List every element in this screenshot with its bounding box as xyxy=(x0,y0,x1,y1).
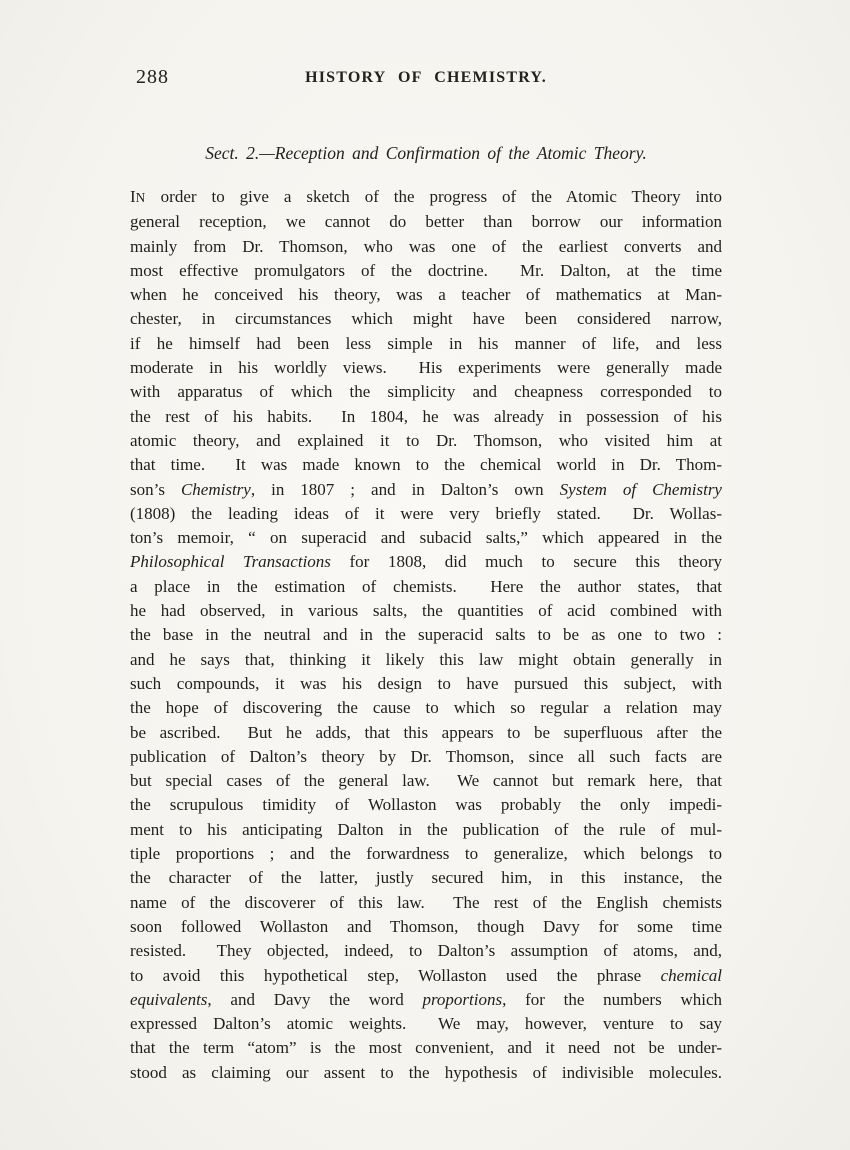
text-line: resisted. They objected, indeed, to Dalt… xyxy=(130,939,722,963)
text-line: general reception, we cannot do better t… xyxy=(130,210,722,234)
text-line: he had observed, in various salts, the q… xyxy=(130,599,722,623)
text-line: son’s Chemistry, in 1807 ; and in Dalton… xyxy=(130,478,722,502)
text-line: the base in the neutral and in the super… xyxy=(130,623,722,647)
text-line: expressed Dalton’s atomic weights. We ma… xyxy=(130,1012,722,1036)
text-line: moderate in his worldly views. His exper… xyxy=(130,356,722,380)
text-line: and he says that, thinking it likely thi… xyxy=(130,648,722,672)
text-line: (1808) the leading ideas of it were very… xyxy=(130,502,722,526)
text-line: tiple proportions ; and the forwardness … xyxy=(130,842,722,866)
text-line: that time. It was made known to the chem… xyxy=(130,453,722,477)
text-line: name of the discoverer of this law. The … xyxy=(130,891,722,915)
text-line: atomic theory, and explained it to Dr. T… xyxy=(130,429,722,453)
text-line: the rest of his habits. In 1804, he was … xyxy=(130,405,722,429)
text-line: mainly from Dr. Thomson, who was one of … xyxy=(130,235,722,259)
text-line: publication of Dalton’s theory by Dr. Th… xyxy=(130,745,722,769)
text-line: such compounds, it was his design to hav… xyxy=(130,672,722,696)
text-line: a place in the estimation of chemists. H… xyxy=(130,575,722,599)
text-line: IN order to give a sketch of the progres… xyxy=(130,185,722,210)
running-title: HISTORY OF CHEMISTRY. xyxy=(130,69,722,87)
text-line: ment to his anticipating Dalton in the p… xyxy=(130,818,722,842)
text-line: most effective promulgators of the doctr… xyxy=(130,259,722,283)
body-paragraph: IN order to give a sketch of the progres… xyxy=(130,185,722,1085)
book-page: 288 HISTORY OF CHEMISTRY. Sect. 2.—Recep… xyxy=(0,0,850,1150)
text-line: if he himself had been less simple in hi… xyxy=(130,332,722,356)
text-line: soon followed Wollaston and Thomson, tho… xyxy=(130,915,722,939)
text-line: the scrupulous timidity of Wollaston was… xyxy=(130,793,722,817)
text-line: the character of the latter, justly secu… xyxy=(130,866,722,890)
text-line: chester, in circumstances which might ha… xyxy=(130,307,722,331)
text-line: stood as claiming our assent to the hypo… xyxy=(130,1061,722,1085)
text-line: be ascribed. But he adds, that this appe… xyxy=(130,721,722,745)
text-line: when he conceived his theory, was a teac… xyxy=(130,283,722,307)
text-line: to avoid this hypothetical step, Wollast… xyxy=(130,964,722,988)
text-line: with apparatus of which the simplicity a… xyxy=(130,380,722,404)
text-line: Philosophical Transactions for 1808, did… xyxy=(130,550,722,574)
text-line: but special cases of the general law. We… xyxy=(130,769,722,793)
section-heading: Sect. 2.—Reception and Confirmation of t… xyxy=(130,143,722,164)
text-line: the hope of discovering the cause to whi… xyxy=(130,696,722,720)
text-line: ton’s memoir, “ on superacid and subacid… xyxy=(130,526,722,550)
text-line: that the term “atom” is the most conveni… xyxy=(130,1036,722,1060)
text-line: equivalents, and Davy the word proportio… xyxy=(130,988,722,1012)
page-header: 288 HISTORY OF CHEMISTRY. xyxy=(130,66,722,92)
